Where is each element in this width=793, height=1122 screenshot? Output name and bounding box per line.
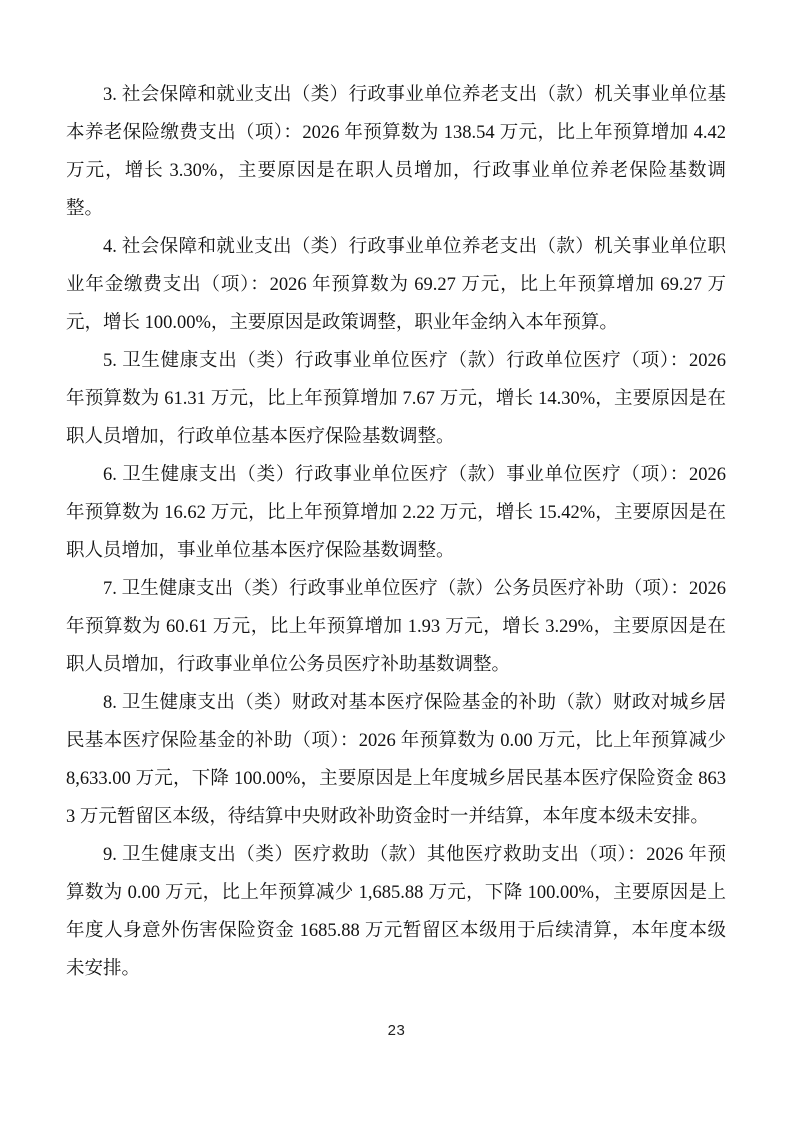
budget-paragraph-7: 7. 卫生健康支出（类）行政事业单位医疗（款）公务员医疗补助（项）：2026 年… bbox=[66, 570, 726, 684]
document-page: 3. 社会保障和就业支出（类）行政事业单位养老支出（款）机关事业单位基本养老保险… bbox=[0, 0, 793, 1122]
budget-paragraph-3: 3. 社会保障和就业支出（类）行政事业单位养老支出（款）机关事业单位基本养老保险… bbox=[66, 76, 726, 228]
page-footer: 23 bbox=[0, 1022, 793, 1040]
page-number: 23 bbox=[388, 1022, 406, 1039]
budget-paragraph-5: 5. 卫生健康支出（类）行政事业单位医疗（款）行政单位医疗（项）：2026 年预… bbox=[66, 342, 726, 456]
document-body: 3. 社会保障和就业支出（类）行政事业单位养老支出（款）机关事业单位基本养老保险… bbox=[66, 76, 726, 988]
budget-paragraph-8: 8. 卫生健康支出（类）财政对基本医疗保险基金的补助（款）财政对城乡居民基本医疗… bbox=[66, 684, 726, 836]
budget-paragraph-4: 4. 社会保障和就业支出（类）行政事业单位养老支出（款）机关事业单位职业年金缴费… bbox=[66, 228, 726, 342]
budget-paragraph-9: 9. 卫生健康支出（类）医疗救助（款）其他医疗救助支出（项）：2026 年预算数… bbox=[66, 836, 726, 988]
budget-paragraph-6: 6. 卫生健康支出（类）行政事业单位医疗（款）事业单位医疗（项）：2026 年预… bbox=[66, 456, 726, 570]
